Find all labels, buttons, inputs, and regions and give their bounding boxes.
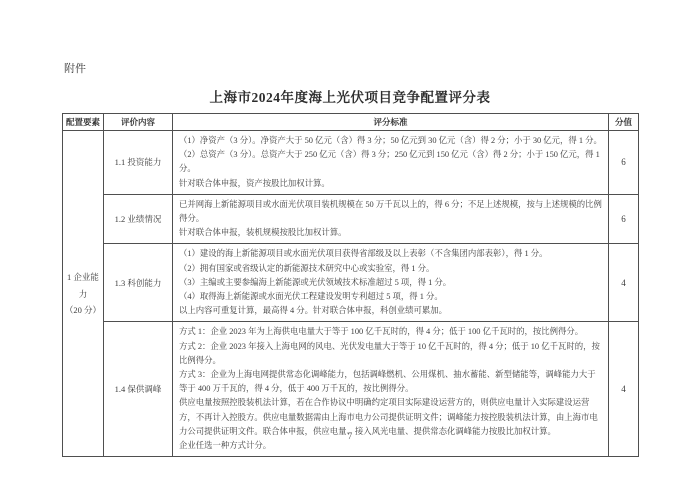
- header-score: 分值: [609, 114, 639, 131]
- attachment-label: 附件: [64, 60, 86, 76]
- table-row: 1.2 业绩情况 已并网海上新能源项目或水面光伏项目装机规模在 50 万千瓦以上…: [63, 194, 639, 244]
- table-row: 1 企业能力 （20 分） 1.1 投资能力 （1）净资产（3 分）。净资产大于…: [63, 131, 639, 195]
- table-header-row: 配置要素 评价内容 评分标准 分值: [63, 114, 639, 131]
- header-standard: 评分标准: [173, 114, 609, 131]
- header-content: 评价内容: [104, 114, 173, 131]
- row-item: 1.2 业绩情况: [104, 194, 173, 244]
- page-title: 上海市2024年度海上光伏项目竞争配置评分表: [0, 86, 700, 106]
- row-criteria: （1）建设的海上新能源项目或水面光伏项目获得省部级及以上表彰（不含集团内部表彰）…: [173, 244, 609, 322]
- row-score: 6: [609, 131, 639, 195]
- header-factor: 配置要素: [63, 114, 104, 131]
- table-row: 1.3 科创能力 （1）建设的海上新能源项目或水面光伏项目获得省部级及以上表彰（…: [63, 244, 639, 322]
- row-score: 4: [609, 244, 639, 322]
- scoring-table: 配置要素 评价内容 评分标准 分值 1 企业能力 （20 分） 1.1 投资能力…: [62, 113, 639, 457]
- row-item: 1.1 投资能力: [104, 131, 173, 195]
- document-page: 附件 上海市2024年度海上光伏项目竞争配置评分表 配置要素 评价内容 评分标准…: [0, 0, 700, 495]
- row-item: 1.3 科创能力: [104, 244, 173, 322]
- group-label: 1 企业能力 （20 分）: [63, 131, 104, 457]
- row-criteria: （1）净资产（3 分）。净资产大于 50 亿元（含）得 3 分；50 亿元到 3…: [173, 131, 609, 195]
- page-number: 7: [0, 431, 700, 441]
- row-score: 6: [609, 194, 639, 244]
- row-criteria: 已并网海上新能源项目或水面光伏项目装机规模在 50 万千瓦以上的，得 6 分；不…: [173, 194, 609, 244]
